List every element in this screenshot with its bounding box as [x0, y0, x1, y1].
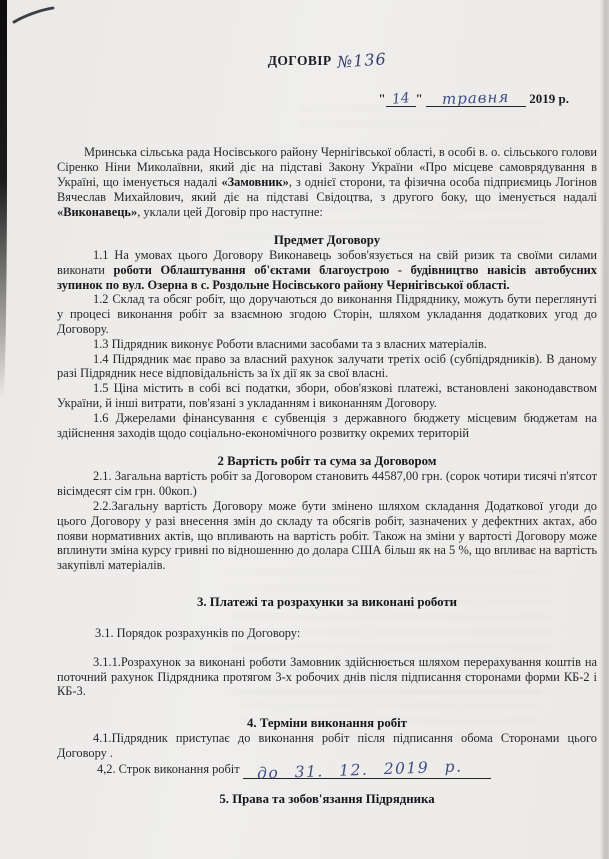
contract-date-line: "14" травня 2019 р.	[57, 91, 569, 107]
scan-edge-right	[600, 0, 609, 859]
date-close-quote: "	[416, 91, 423, 106]
date-day-handwritten: 14	[391, 92, 410, 107]
clause-3-1: 3.1. Порядок розрахунків по Договору:	[95, 626, 597, 641]
contract-title: ДОГОВІР	[268, 53, 332, 68]
party-name-zamovnyk: «Замовник»	[221, 175, 288, 189]
section-1-heading: Предмет Договору	[57, 233, 597, 248]
clause-4-1: 4.1.Підрядник приступає до виконання роб…	[57, 731, 597, 761]
date-open-quote: "	[378, 91, 385, 106]
intro-text: , уклали цей Договір про наступне:	[137, 205, 323, 219]
clause-1-3: 1.3 Підрядник виконує Роботи власними за…	[57, 337, 597, 352]
clause-2-2: 2.2.Загальну вартість Договору може бути…	[57, 499, 597, 573]
term-handwritten: до 31. 12. 2019 р.	[257, 759, 463, 781]
clause-1-4: 1.4 Підрядник має право за власний рахун…	[57, 352, 597, 382]
document-body: ДОГОВІР№136 "14" травня 2019 р. Мринська…	[57, 0, 597, 807]
date-month-handwritten: травня	[442, 91, 510, 106]
clause-1-1: 1.1 На умовах цього Договору Виконавець …	[57, 248, 597, 292]
clause-3-1-1: 3.1.1.Розрахунок за виконані роботи Замо…	[57, 655, 597, 699]
section-4-heading: 4. Терміни виконання робіт	[57, 716, 597, 731]
intro-paragraph: Мринська сільська рада Носівського район…	[57, 145, 597, 220]
clause-1-6: 1.6 Джерелами фінансування є субвенція з…	[57, 411, 597, 441]
scanned-contract-page: ДОГОВІР№136 "14" травня 2019 р. Мринська…	[0, 0, 609, 859]
contract-number-handwritten: №136	[336, 49, 387, 71]
scan-edge-left	[0, 0, 7, 400]
clause-1-5: 1.5 Ціна містить в собі всі податки, збо…	[57, 381, 597, 411]
clause-1-2: 1.2 Склад та обсяг робіт, що доручаються…	[57, 292, 597, 336]
term-blank-line: до 31. 12. 2019 р.	[243, 761, 491, 779]
date-year: 2019 р.	[526, 91, 569, 106]
date-month-blank: травня	[426, 92, 526, 107]
contract-title-line: ДОГОВІР№136	[57, 50, 597, 69]
pen-mark-icon	[12, 6, 56, 26]
clause-4-2: 4,2. Строк виконання робітдо 31. 12. 201…	[97, 761, 597, 779]
section-5-heading: 5. Права та зобов'язання Підрядника	[57, 792, 597, 807]
clause-4-2-label: 4,2. Строк виконання робіт	[97, 762, 240, 776]
party-name-vykonavets: «Виконавець»	[57, 205, 137, 219]
date-day-blank: 14	[386, 93, 416, 107]
section-3-heading: 3. Платежі та розрахунки за виконані роб…	[57, 595, 597, 610]
section-2-heading: 2 Вартість робіт та сума за Договором	[57, 454, 597, 469]
clause-1-1-subject-bold: роботи Облаштування об'єктами благоустро…	[57, 263, 597, 292]
clause-2-1: 2.1. Загальна вартість робіт за Договоро…	[57, 469, 597, 499]
